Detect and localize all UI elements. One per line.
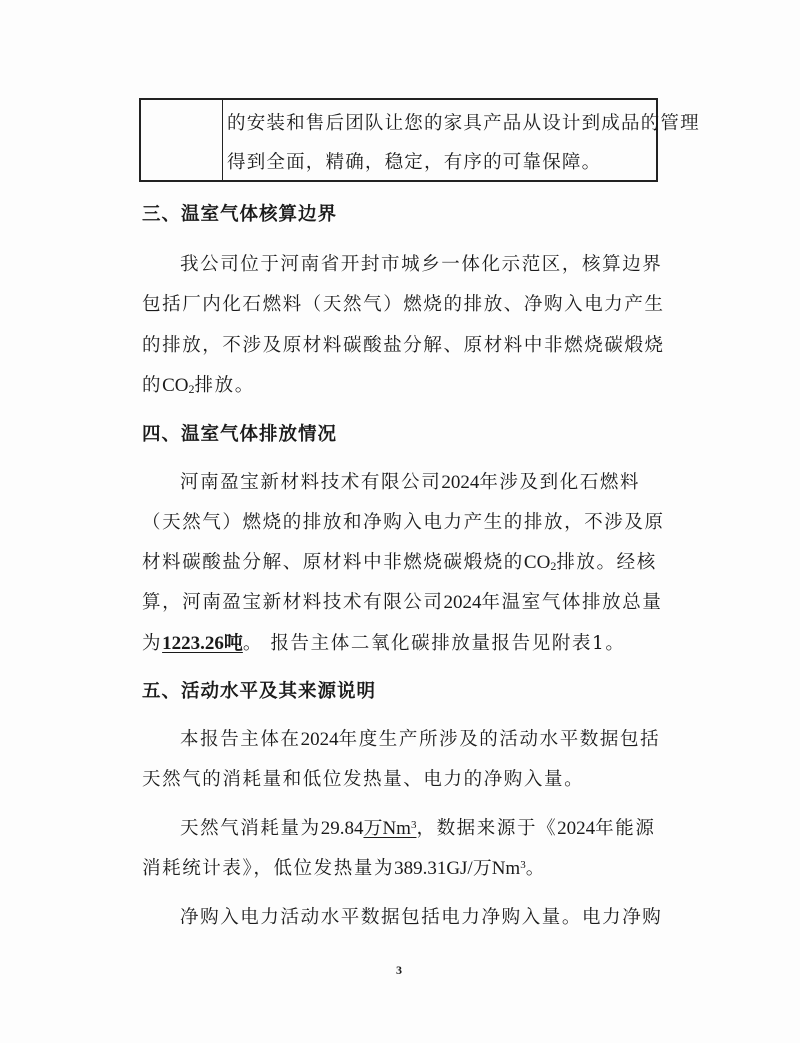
table-cell-empty: [141, 100, 223, 180]
value-text: 389.31GJ/万Nm: [394, 858, 520, 879]
text: 年温室气体排放总量: [482, 592, 663, 613]
table-cell-line: 得到全面，精确，稳定，有序的可靠保障。: [227, 148, 601, 174]
paragraph-line: （天然气）燃烧的排放和净购入电力产生的排放，不涉及原: [142, 508, 665, 534]
text: 天然气消耗量为: [180, 818, 321, 839]
table-cell-description: 的安装和售后团队让您的家具产品从设计到成品的管理 得到全面，精确，稳定，有序的可…: [223, 100, 656, 180]
section-heading-boundary: 三、温室气体核算边界: [142, 200, 337, 226]
text: 材料碳酸盐分解、原材料中非燃烧碳煅烧的: [142, 552, 524, 573]
text: 年涉及到化石燃料: [479, 472, 640, 493]
formula-main: CO: [162, 375, 188, 396]
paragraph-line: 本报告主体在2024年度生产所涉及的活动水平数据包括: [180, 725, 660, 751]
page-number: 3: [396, 963, 402, 978]
paragraph-line: 材料碳酸盐分解、原材料中非燃烧碳煅烧的CO2排放。经核: [142, 548, 657, 574]
text: 。: [526, 858, 546, 879]
text: 为: [142, 633, 162, 654]
text: 年度生产所涉及的活动水平数据包括: [339, 729, 661, 750]
paragraph-line: 的CO2排放。: [142, 371, 255, 397]
paragraph-line: 我公司位于河南省开封市城乡一体化示范区，核算边界: [180, 250, 662, 276]
text: ，数据来源于《: [416, 818, 557, 839]
text: 年能源: [595, 818, 655, 839]
text: 排放。: [195, 375, 255, 396]
year: 2024: [444, 592, 482, 613]
paragraph-line: 河南盈宝新材料技术有限公司2024年涉及到化石燃料: [180, 468, 640, 494]
text: 。 报告主体二氧化碳排放量报告见附表1。: [243, 633, 626, 654]
document-page: 的安装和售后团队让您的家具产品从设计到成品的管理 得到全面，精确，稳定，有序的可…: [0, 0, 800, 1043]
formula-main: CO: [524, 552, 550, 573]
section-heading-activity-level: 五、活动水平及其来源说明: [142, 677, 376, 703]
co2-formula: CO2: [162, 375, 194, 396]
calorific-value: 389.31GJ/万Nm3: [394, 858, 526, 879]
text: 算，河南盈宝新材料技术有限公司: [142, 592, 444, 613]
text: 排放。经核: [556, 552, 657, 573]
gas-consumption-value: 29.84: [321, 818, 364, 839]
section-heading-emissions: 四、温室气体排放情况: [142, 420, 337, 446]
year: 2024: [557, 818, 595, 839]
text: 本报告主体在: [180, 729, 301, 750]
paragraph-line: 消耗统计表》，低位发热量为389.31GJ/万Nm3。: [142, 853, 546, 880]
paragraph-line: 为1223.26吨。 报告主体二氧化碳排放量报告见附表1。: [142, 628, 626, 655]
paragraph-line: 算，河南盈宝新材料技术有限公司2024年温室气体排放总量: [142, 588, 662, 614]
gas-consumption-unit: 万Nm3: [363, 818, 416, 839]
year: 2024: [441, 472, 479, 493]
paragraph-line: 净购入电力活动水平数据包括电力净购入量。电力净购: [180, 903, 662, 929]
paragraph-line: 天然气消耗量为29.84万Nm3，数据来源于《2024年能源: [180, 813, 655, 840]
co2-formula: CO2: [524, 552, 556, 573]
unit-text: 万Nm: [363, 818, 411, 839]
text: 河南盈宝新材料技术有限公司: [180, 472, 441, 493]
text: 消耗统计表》，低位发热量为: [142, 858, 394, 879]
paragraph-line: 包括厂内化石燃料（天然气）燃烧的排放、净购入电力产生: [142, 290, 665, 316]
text: 的: [142, 375, 162, 396]
paragraph-line: 的排放，不涉及原材料碳酸盐分解、原材料中非燃烧碳煅烧: [142, 331, 665, 357]
total-emission-value: 1223.26吨: [162, 633, 243, 654]
table-cell-line: 的安装和售后团队让您的家具产品从设计到成品的管理: [227, 109, 700, 135]
paragraph-line: 天然气的消耗量和低位发热量、电力的净购入量。: [142, 765, 584, 791]
table-fragment: 的安装和售后团队让您的家具产品从设计到成品的管理 得到全面，精确，稳定，有序的可…: [139, 98, 658, 182]
year: 2024: [301, 729, 339, 750]
